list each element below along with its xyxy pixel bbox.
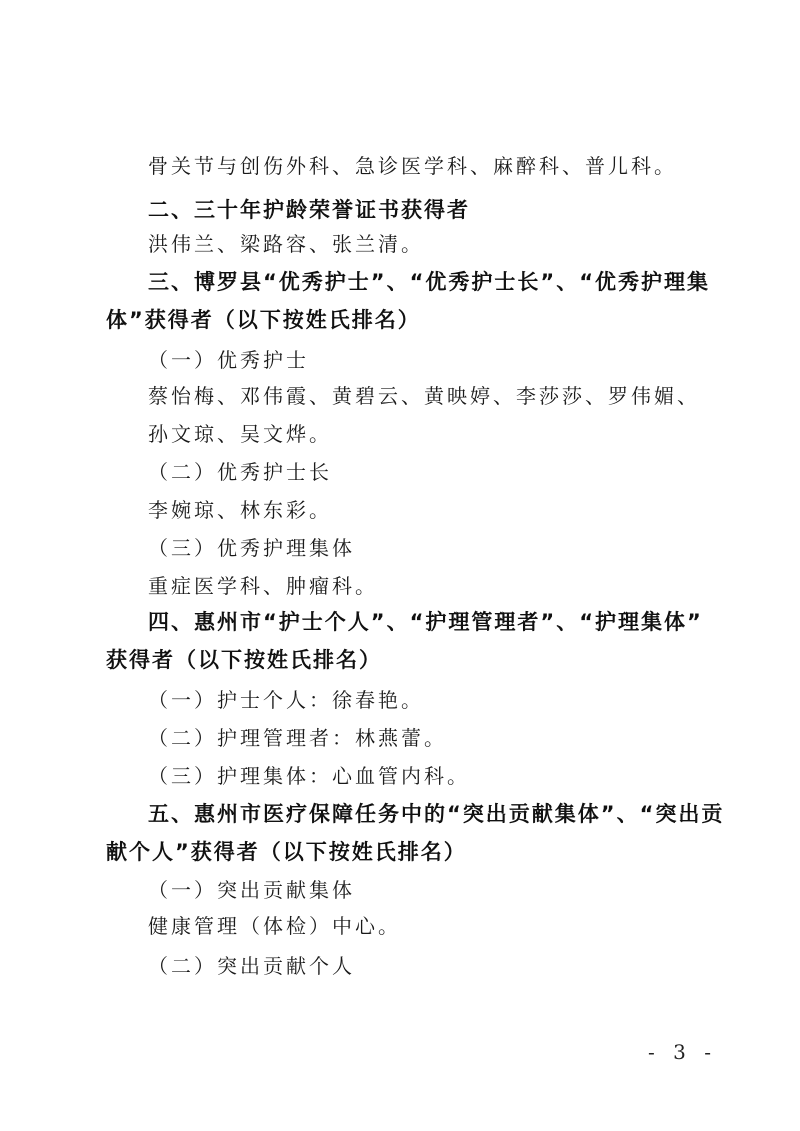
- section-heading-3-cont: 体”获得者（以下按姓氏排名）: [106, 304, 421, 334]
- section-heading-2: 二、三十年护龄荣誉证书获得者: [148, 194, 470, 224]
- subheading-nursing-collective: （三）护理集体：心血管内科。: [148, 760, 470, 789]
- subheading-nurse-individual: （一）护士个人：徐春艳。: [148, 684, 424, 713]
- subheading-head-nurse: （二）优秀护士长: [148, 456, 332, 485]
- body-line-30yr-names: 洪伟兰、梁路容、张兰清。: [148, 228, 424, 257]
- subheading-excellent-nurse: （一）优秀护士: [148, 344, 309, 373]
- body-line-nurse-names-1: 蔡怡梅、邓伟霞、黄碧云、黄映婷、李莎莎、罗伟媚、: [148, 380, 700, 409]
- subheading-contribution-team: （一）突出贡献集体: [148, 874, 355, 903]
- section-heading-4-cont: 获得者（以下按姓氏排名）: [106, 644, 382, 674]
- body-line-team-names: 重症医学科、肿瘤科。: [148, 570, 378, 599]
- section-heading-4: 四、惠州市“护士个人”、“护理管理者”、“护理集体”: [148, 606, 703, 636]
- body-line-head-nurse-names: 李婉琼、林东彩。: [148, 494, 332, 523]
- subheading-contribution-individual: （二）突出贡献个人: [148, 950, 355, 979]
- body-line-departments: 骨关节与创伤外科、急诊医学科、麻醉科、普儿科。: [148, 150, 677, 179]
- page-number: - 3 -: [648, 1040, 717, 1064]
- subheading-nursing-team: （三）优秀护理集体: [148, 532, 355, 561]
- section-heading-5-cont: 献个人”获得者（以下按姓氏排名）: [106, 836, 467, 866]
- subheading-nursing-manager: （二）护理管理者：林燕蕾。: [148, 722, 447, 751]
- body-line-nurse-names-2: 孙文琼、吴文烨。: [148, 418, 332, 447]
- section-heading-3: 三、博罗县“优秀护士”、“优秀护士长”、“优秀护理集: [148, 266, 710, 296]
- document-page: 骨关节与创伤外科、急诊医学科、麻醉科、普儿科。 二、三十年护龄荣誉证书获得者 洪…: [0, 0, 800, 1131]
- section-heading-5: 五、惠州市医疗保障任务中的“突出贡献集体”、“突出贡: [148, 798, 724, 828]
- body-line-health-center: 健康管理（体检）中心。: [148, 910, 401, 939]
